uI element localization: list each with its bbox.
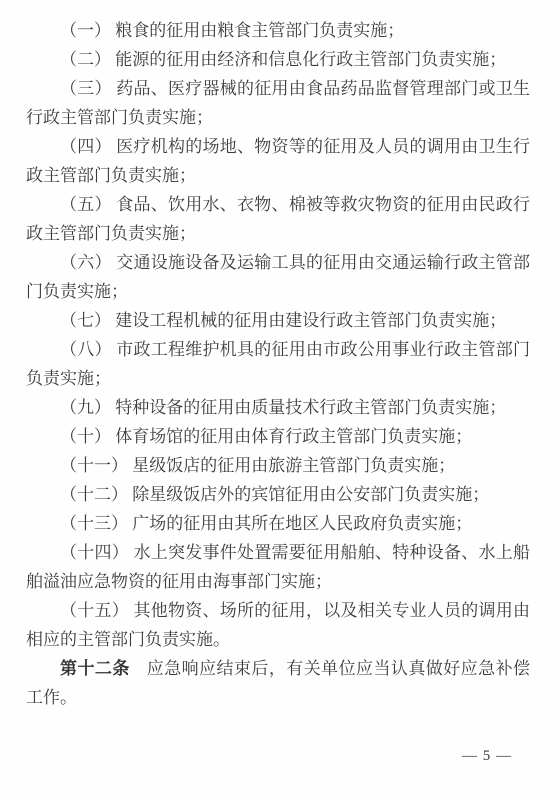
article-paragraph: 第十二条应急响应结束后，有关单位应当认真做好应急补偿工作。 <box>26 654 530 712</box>
list-item: （三） 药品、医疗器械的征用由食品药品监督管理部门或卫生行政主管部门负责实施； <box>26 74 530 132</box>
list-item: （二） 能源的征用由经济和信息化行政主管部门负责实施； <box>26 45 530 74</box>
article-number: 第十二条 <box>60 659 130 678</box>
list-item: （六） 交通设施设备及运输工具的征用由交通运输行政主管部门负责实施； <box>26 248 530 306</box>
list-item: （十四） 水上突发事件处置需要征用船舶、特种设备、水上船舶溢油应急物资的征用由海… <box>26 538 530 596</box>
list-item: （十） 体育场馆的征用由体育行政主管部门负责实施； <box>26 422 530 451</box>
list-item: （十三） 广场的征用由其所在地区人民政府负责实施； <box>26 509 530 538</box>
document-body: （一） 粮食的征用由粮食主管部门负责实施； （二） 能源的征用由经济和信息化行政… <box>26 16 530 712</box>
list-item: （八） 市政工程维护机具的征用由市政公用事业行政主管部门负责实施； <box>26 335 530 393</box>
list-item: （七） 建设工程机械的征用由建设行政主管部门负责实施； <box>26 306 530 335</box>
document-page: （一） 粮食的征用由粮食主管部门负责实施； （二） 能源的征用由经济和信息化行政… <box>0 0 560 800</box>
list-item: （十五） 其他物资、场所的征用，以及相关专业人员的调用由相应的主管部门负责实施。 <box>26 596 530 654</box>
list-item: （一） 粮食的征用由粮食主管部门负责实施； <box>26 16 530 45</box>
page-number: — 5 — <box>462 746 512 766</box>
list-item: （五） 食品、饮用水、衣物、棉被等救灾物资的征用由民政行政主管部门负责实施； <box>26 190 530 248</box>
list-item: （十一） 星级饭店的征用由旅游主管部门负责实施； <box>26 451 530 480</box>
list-item: （十二） 除星级饭店外的宾馆征用由公安部门负责实施； <box>26 480 530 509</box>
list-item: （四） 医疗机构的场地、物资等的征用及人员的调用由卫生行政主管部门负责实施； <box>26 132 530 190</box>
list-item: （九） 特种设备的征用由质量技术行政主管部门负责实施； <box>26 393 530 422</box>
